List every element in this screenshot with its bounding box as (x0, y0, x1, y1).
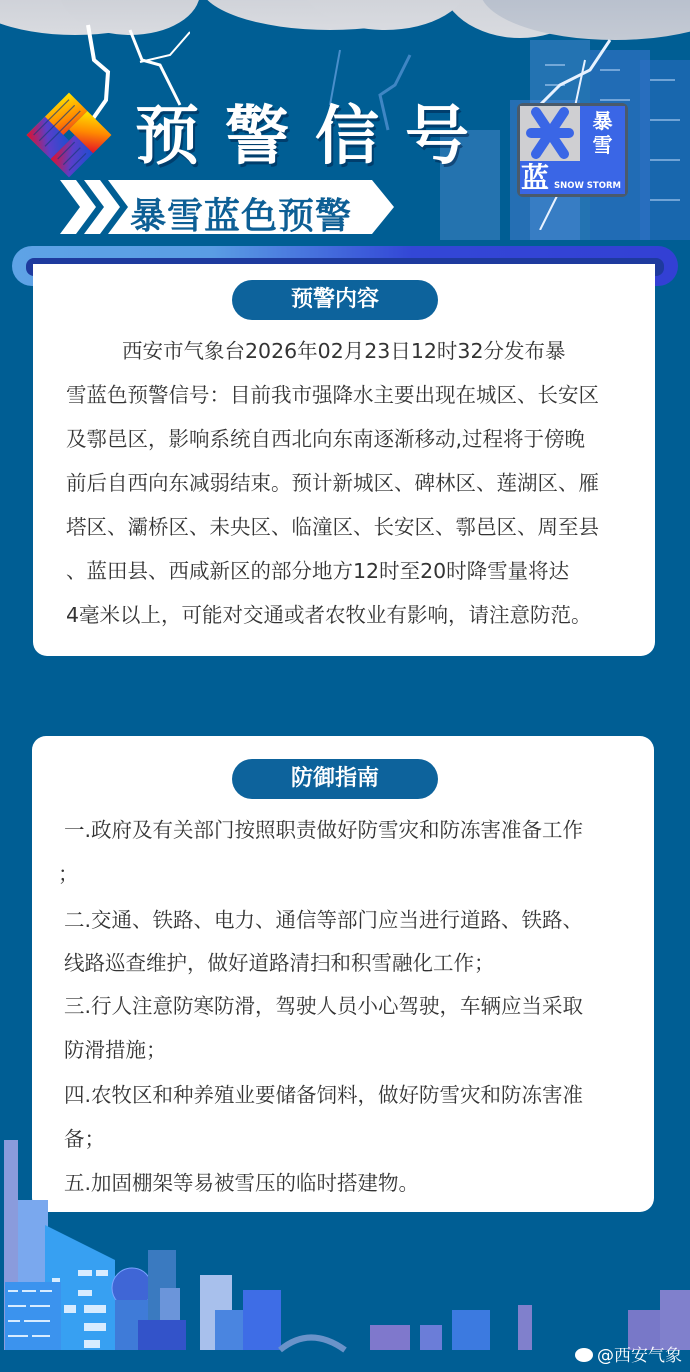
defense-guide-line: ； (58, 857, 79, 887)
warning-content-line: 西安市气象台2026年02月23日12时32分发布暴 (122, 334, 566, 364)
warning-type-subtitle: 暴雪蓝色预警 (130, 188, 352, 239)
warning-content-line: 4毫米以上，可能对交通或者农牧业有影响，请注意防范。 (66, 598, 592, 628)
badge-icon-area (520, 106, 580, 161)
defense-guide-line: 二.交通、铁路、电力、通信等部门应当进行道路、铁路、 (64, 903, 583, 933)
badge-label-english: SNOW STORM (550, 161, 625, 194)
warning-content-line: 塔区、灞桥区、未央区、临潼区、长安区、鄠邑区、周至县 (66, 510, 599, 540)
defense-guide-line: 四.农牧区和种养殖业要储备饲料，做好防雪灾和防冻害准 (64, 1078, 583, 1108)
snowstorm-blue-badge: 暴雪 蓝 SNOW STORM (517, 103, 628, 197)
page-title: 预警信号 (135, 85, 495, 177)
weibo-icon (575, 1348, 593, 1362)
badge-label-snowstorm: 暴雪 (580, 106, 625, 161)
defense-guide-line: 一.政府及有关部门按照职责做好防雪灾和防冻害准备工作 (64, 813, 583, 843)
skyline-bottom-decoration (0, 1140, 690, 1372)
warning-content-heading: 预警内容 (232, 280, 438, 320)
defense-guide-heading: 防御指南 (232, 759, 438, 799)
warning-content-line: 、蓝田县、西咸新区的部分地方12时至20时降雪量将达 (66, 554, 569, 584)
snowflake-icon (520, 106, 580, 161)
defense-guide-line: 防滑措施； (64, 1033, 167, 1063)
logo-icon (22, 90, 117, 180)
warning-content-line: 雪蓝色预警信号：目前我市强降水主要出现在城区、长安区 (66, 378, 599, 408)
warning-content-line: 及鄠邑区，影响系统自西北向东南逐渐移动,过程将于傍晚 (66, 422, 585, 452)
defense-guide-line: 线路巡查维护，做好道路清扫和积雪融化工作； (64, 946, 495, 976)
defense-guide-line: 三.行人注意防寒防滑，驾驶人员小心驾驶，车辆应当采取 (64, 989, 583, 1019)
watermark-text: @西安气象 (597, 1346, 682, 1366)
badge-label-blue: 蓝 (520, 161, 550, 194)
weibo-watermark: @西安气象 (575, 1341, 682, 1366)
warning-content-line: 前后自西向东减弱结束。预计新城区、碑林区、莲湖区、雁 (66, 466, 599, 496)
